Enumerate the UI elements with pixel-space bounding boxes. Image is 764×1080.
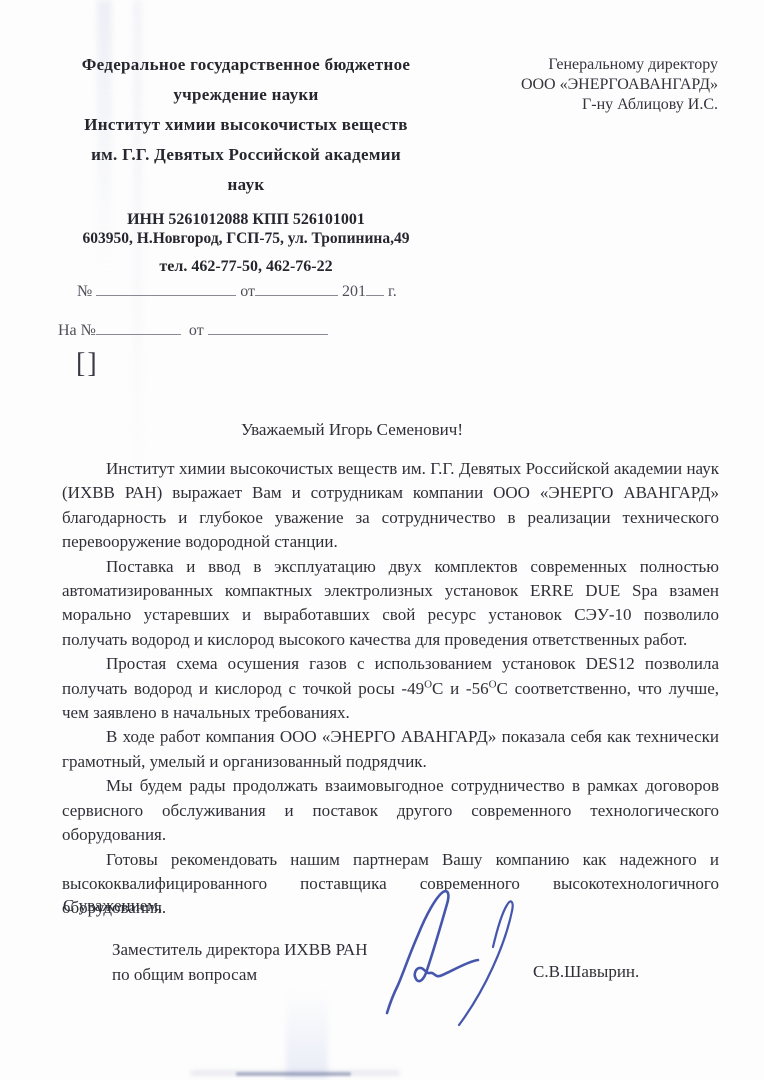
reply-number-blank-line — [96, 320, 181, 335]
degree-superscript: О — [489, 678, 497, 690]
signer-title: Заместитель директора ИХВВ РАН по общим … — [112, 938, 367, 987]
date-from-label: от — [240, 283, 255, 300]
signer-title-line: по общим вопросам — [112, 963, 367, 988]
scan-edge-smudge — [236, 1072, 351, 1076]
letterhead-organization: Федеральное государственное бюджетное уч… — [40, 50, 452, 200]
org-name-line: Институт химии высокочистых веществ — [40, 110, 452, 140]
letterhead-contacts: ИНН 5261012088 КПП 526101001 603950, Н.Н… — [40, 210, 452, 276]
dew-point-text: С и -56 — [432, 679, 489, 698]
scanned-letter-page: Федеральное государственное бюджетное уч… — [0, 0, 764, 1080]
org-name-line: Федеральное государственное бюджетное — [40, 50, 452, 80]
inn-kpp-line: ИНН 5261012088 КПП 526101001 — [40, 210, 452, 229]
letter-body: Институт химии высокочистых веществ им. … — [62, 457, 719, 921]
number-label: № — [77, 283, 92, 300]
recipient-person: Г-ну Аблицову И.С. — [420, 95, 718, 115]
paragraph-contractor-praise: В ходе работ компания ООО «ЭНЕРГО АВАНГА… — [62, 725, 719, 774]
reply-date-blank-line — [208, 320, 328, 335]
paragraph-future-cooperation: Мы будем рады продолжать взаимовыгодное … — [62, 774, 719, 847]
signer-title-line: Заместитель директора ИХВВ РАН — [112, 938, 367, 963]
org-name-line: учреждение науки — [40, 80, 452, 110]
reply-to-number-line: На № от — [58, 320, 328, 340]
address-line: 603950, Н.Новгород, ГСП-75, ул. Тропинин… — [40, 229, 452, 248]
paragraph-gratitude: Институт химии высокочистых веществ им. … — [62, 457, 719, 555]
number-blank-line — [96, 281, 236, 296]
year-blank-line — [366, 281, 384, 296]
handwritten-signature-ink — [380, 885, 520, 1035]
salutation: Уважаемый Игорь Семенович! — [62, 420, 642, 440]
recipient-company: ООО «ЭНЕРГОАВАНГАРД» — [420, 75, 718, 95]
year-suffix: г. — [388, 283, 397, 300]
phone-line: тел. 462-77-50, 462-76-22 — [40, 257, 452, 276]
signer-name: С.В.Шавырин. — [533, 962, 639, 982]
paragraph-dew-point: Простая схема осушения газов с использов… — [62, 652, 719, 725]
year-prefix: 201 — [342, 283, 366, 300]
outgoing-number-line: № от 201 г. — [77, 281, 397, 301]
degree-superscript: О — [424, 678, 432, 690]
recipient-position: Генеральному директору — [420, 55, 718, 75]
org-name-line: им. Г.Г. Девятых Российской академии — [40, 140, 452, 170]
closing-regards: С уважением, — [63, 896, 162, 916]
date-blank-line — [255, 281, 338, 296]
paragraph-installation: Поставка и ввод в эксплуатацию двух комп… — [62, 555, 719, 653]
reply-date-from-label: от — [189, 322, 204, 339]
address-corner-mark: [] — [76, 348, 99, 380]
org-name-line: наук — [40, 170, 452, 200]
recipient-block: Генеральному директору ООО «ЭНЕРГОАВАНГА… — [420, 55, 718, 115]
reply-number-label: На № — [58, 322, 96, 339]
scan-fold-artifact — [286, 990, 328, 1078]
